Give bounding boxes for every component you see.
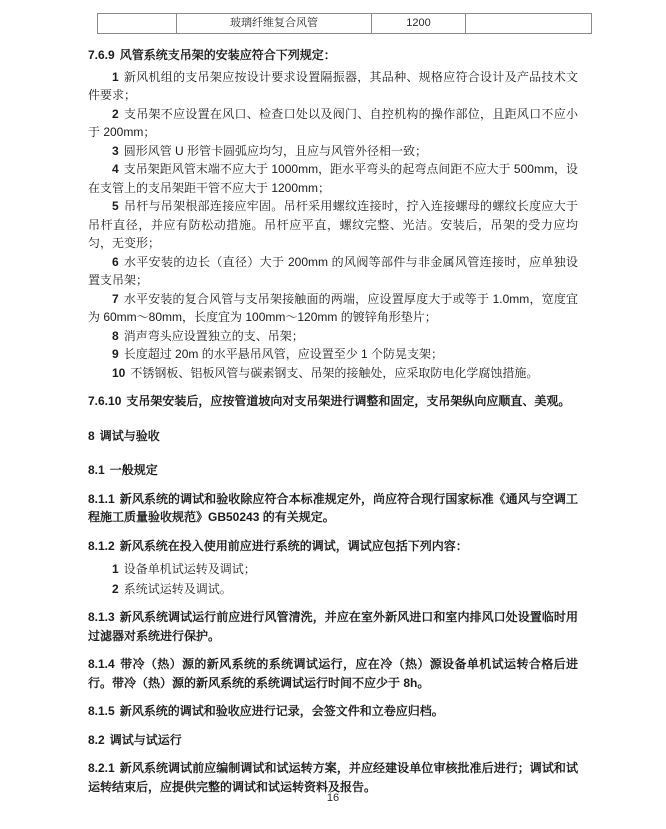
clause-number: 7.6.9 [88,48,115,62]
item-number: 1 [112,70,119,84]
item-number: 9 [112,347,119,361]
item-text: 不锈钢板、铝板风管与碳素钢支、吊架的接触处，应采取防电化学腐蚀措施。 [130,366,538,380]
item-number: 7 [112,292,119,306]
clause-7-6-9-items: 1新风机组的支吊架应按设计要求设置隔振器，其品种、规格应符合设计及产品技术文件要… [88,68,578,383]
document-page: 玻璃纤维复合风管 1200 7.6.9风管系统支吊架的安装应符合下列规定： 1新… [0,0,666,829]
item-text: 支吊架距风管末端不应大于 1000mm，距水平弯头的起弯点间距不应大于 500m… [88,162,578,195]
item-number: 3 [112,144,119,158]
clause-number: 8.1.4 [88,657,115,671]
section-number: 8.1 [88,463,105,477]
clause-number: 8.2.1 [88,761,115,775]
clause-7-6-10: 7.6.10支吊架安装后，应按管道坡向对支吊架进行调整和固定，支吊架纵向应顺直、… [88,392,578,411]
item-number: 6 [112,255,119,269]
list-item: 8消声弯头应设置独立的支、吊架； [88,327,578,346]
clause-8-1-2-items: 1设备单机试运转及调试； 2系统试运转及调试。 [88,560,578,598]
item-number: 10 [112,366,125,380]
list-item: 7水平安装的复合风管与支吊架接触面的两端，应设置厚度大于或等于 1.0mm，宽度… [88,290,578,327]
table-cell-duct-type: 玻璃纤维复合风管 [177,14,372,34]
clause-text: 带冷（热）源的新风系统的系统调试运行，应在冷（热）源设备单机试运转合格后进行。带… [88,657,578,690]
section-number: 8.2 [88,733,105,747]
clause-text: 新风系统的调试和验收应进行记录，会签文件和立卷应归档。 [120,704,444,718]
item-text: 消声弯头应设置独立的支、吊架； [124,329,304,343]
item-number: 5 [112,199,119,213]
list-item: 3圆形风管 U 形管卡圆弧应均匀，且应与风管外径相一致； [88,142,578,161]
clause-8-1-5: 8.1.5新风系统的调试和验收应进行记录，会签文件和立卷应归档。 [88,702,578,721]
table-cell-empty-left [98,14,177,34]
list-item: 1新风机组的支吊架应按设计要求设置隔振器，其品种、规格应符合设计及产品技术文件要… [88,68,578,105]
section-8-1-heading: 8.1一般规定 [88,461,578,480]
item-number: 1 [112,562,119,576]
clause-number: 8.1.1 [88,492,115,506]
list-item: 9长度超过 20m 的水平悬吊风管，应设置至少 1 个防晃支架； [88,345,578,364]
clause-number: 7.6.10 [88,394,121,408]
clause-8-1-3: 8.1.3新风系统调试运行前应进行风管清洗，并应在室外新风进口和室内排风口处设置… [88,608,578,645]
item-text: 系统试运转及调试。 [124,582,232,596]
list-item: 2系统试运转及调试。 [88,580,578,599]
table-cell-empty-right [466,14,592,34]
section-8-2-heading: 8.2调试与试运行 [88,731,578,750]
item-text: 长度超过 20m 的水平悬吊风管，应设置至少 1 个防晃支架； [124,347,443,361]
item-number: 2 [112,107,119,121]
page-number: 16 [0,789,666,808]
list-item: 4支吊架距风管末端不应大于 1000mm，距水平弯头的起弯点间距不应大于 500… [88,160,578,197]
list-item: 10不锈钢板、铝板风管与碳素钢支、吊架的接触处，应采取防电化学腐蚀措施。 [88,364,578,383]
section-number: 8 [88,429,95,443]
list-item: 6水平安装的边长（直径）大于 200mm 的风阀等部件与非金属风管连接时，应单独… [88,253,578,290]
item-number: 8 [112,329,119,343]
clause-text: 新风系统调试运行前应进行风管清洗，并应在室外新风进口和室内排风口处设置临时用过滤… [88,610,578,643]
section-8-heading: 8调试与验收 [88,427,578,446]
clause-text: 新风系统的调试和验收除应符合本标准规定外，尚应符合现行国家标准《通风与空调工程施… [88,492,578,525]
item-text: 吊杆与吊架根部连接应牢固。吊杆采用螺纹连接时，拧入连接螺母的螺纹长度应大于吊杆直… [88,199,578,250]
clause-text: 风管系统支吊架的安装应符合下列规定： [120,48,336,62]
clause-number: 8.1.5 [88,704,115,718]
clause-8-1-2: 8.1.2新风系统在投入使用前应进行系统的调试，调试应包括下列内容： [88,537,578,556]
item-text: 新风机组的支吊架应按设计要求设置隔振器，其品种、规格应符合设计及产品技术文件要求… [88,70,578,103]
item-number: 2 [112,582,119,596]
item-text: 设备单机试运转及调试； [124,562,256,576]
item-text: 支吊架不应设置在风口、检查口处以及阀门、自控机构的操作部位，且距风口不应小于 2… [88,107,578,140]
item-text: 圆形风管 U 形管卡圆弧应均匀，且应与风管外径相一致； [124,144,427,158]
section-title: 调试与验收 [100,429,160,443]
item-text: 水平安装的复合风管与支吊架接触面的两端，应设置厚度大于或等于 1.0mm，宽度宜… [88,292,578,325]
clause-8-1-4: 8.1.4带冷（热）源的新风系统的系统调试运行，应在冷（热）源设备单机试运转合格… [88,655,578,692]
list-item: 5吊杆与吊架根部连接应牢固。吊杆采用螺纹连接时，拧入连接螺母的螺纹长度应大于吊杆… [88,197,578,253]
clause-text: 支吊架安装后，应按管道坡向对支吊架进行调整和固定，支吊架纵向应顺直、美观。 [126,394,570,408]
clause-7-6-9: 7.6.9风管系统支吊架的安装应符合下列规定： [88,46,578,65]
list-item: 2支吊架不应设置在风口、检查口处以及阀门、自控机构的操作部位，且距风口不应小于 … [88,105,578,142]
table-cell-value: 1200 [372,14,466,34]
section-title: 一般规定 [110,463,158,477]
item-number: 4 [112,162,119,176]
clause-number: 8.1.2 [88,539,115,553]
list-item: 1设备单机试运转及调试； [88,560,578,579]
clause-8-1-1: 8.1.1新风系统的调试和验收除应符合本标准规定外，尚应符合现行国家标准《通风与… [88,490,578,527]
item-text: 水平安装的边长（直径）大于 200mm 的风阀等部件与非金属风管连接时，应单独设… [88,255,578,288]
clause-number: 8.1.3 [88,610,115,624]
clause-text: 新风系统在投入使用前应进行系统的调试，调试应包括下列内容： [120,539,468,553]
table-row: 玻璃纤维复合风管 1200 [98,14,592,34]
continued-table: 玻璃纤维复合风管 1200 [97,13,592,34]
section-title: 调试与试运行 [110,733,182,747]
